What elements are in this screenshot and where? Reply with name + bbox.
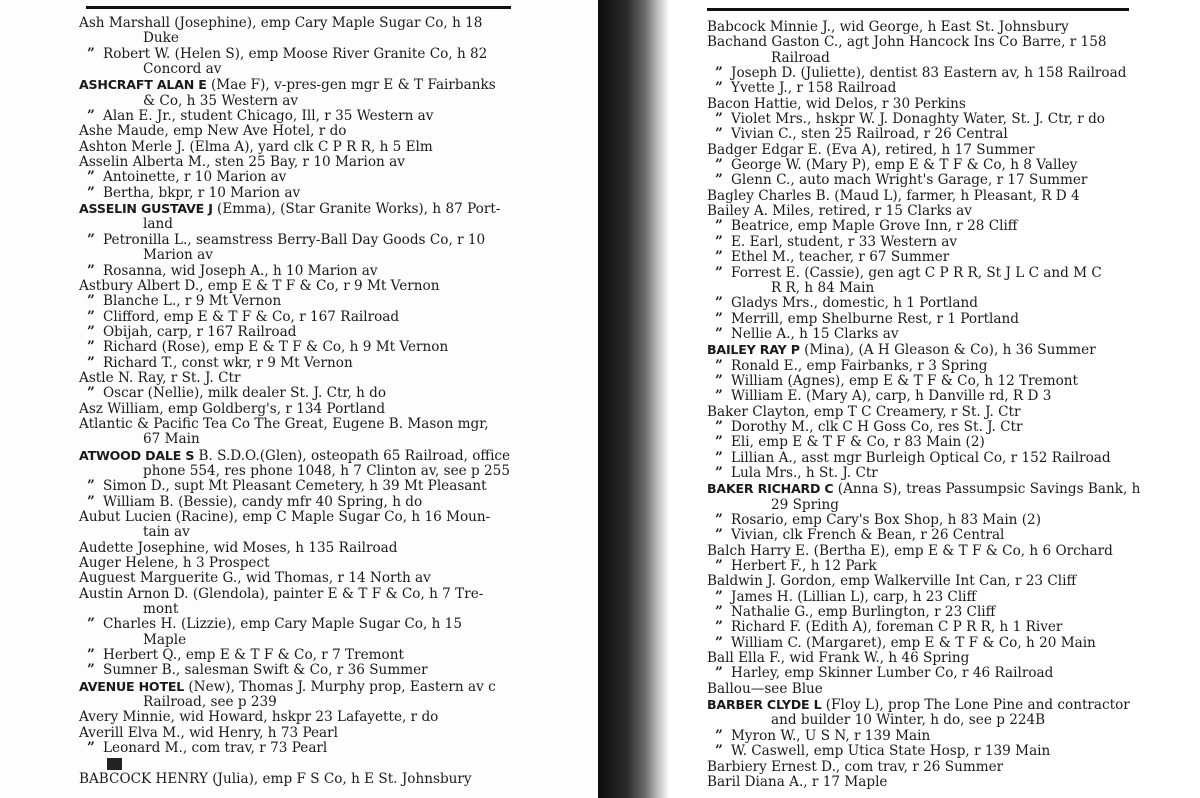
ditto-mark: ” xyxy=(715,158,731,173)
directory-entry: ”Herbert Q., emp E & T F & Co, r 7 Tremo… xyxy=(79,648,515,663)
entry-text: Auger Helene, h 3 Prospect xyxy=(79,555,270,571)
entry-text: Babcock Minnie J., wid George, h East St… xyxy=(707,19,1069,35)
directory-entry: ”Rosanna, wid Joseph A., h 10 Marion av xyxy=(79,264,515,279)
entry-text: Merrill, emp Shelburne Rest, r 1 Portlan… xyxy=(731,311,1019,327)
directory-entry: ”Ronald E., emp Fairbanks, r 3 Spring xyxy=(707,359,1135,374)
ditto-mark: ” xyxy=(715,173,731,188)
ditto-mark: ” xyxy=(715,250,731,265)
directory-entry: ”Richard (Rose), emp E & T F & Co, h 9 M… xyxy=(79,340,515,355)
entry-text: Vivian C., sten 25 Railroad, r 26 Centra… xyxy=(731,126,1008,142)
directory-entry: ”Herbert F., h 12 Park xyxy=(707,559,1135,574)
entry-text: James H. (Lillian L), carp, h 23 Cliff xyxy=(731,589,976,605)
entry-continuation: phone 554, res phone 1048, h 7 Clinton a… xyxy=(79,464,515,479)
directory-entry: ”Simon D., supt Mt Pleasant Cemetery, h … xyxy=(79,479,515,494)
directory-entry: ”Alan E. Jr., student Chicago, Ill, r 35… xyxy=(79,109,515,124)
ditto-mark: ” xyxy=(87,648,103,663)
entry-text: Badger Edgar E. (Eva A), retired, h 17 S… xyxy=(707,142,1035,158)
entry-name-bold: AVENUE HOTEL xyxy=(79,679,184,694)
ditto-mark: ” xyxy=(715,420,731,435)
entry-text: Bagley Charles B. (Maud L), farmer, h Pl… xyxy=(707,188,1080,204)
directory-entry: ”E. Earl, student, r 33 Western av xyxy=(707,235,1135,250)
directory-entry: Baker Clayton, emp T C Creamery, r St. J… xyxy=(707,405,1135,420)
directory-entry: ”Lillian A., asst mgr Burleigh Optical C… xyxy=(707,451,1135,466)
ditto-mark: ” xyxy=(715,359,731,374)
entry-name-bold: ASHCRAFT ALAN E xyxy=(79,77,207,92)
directory-entry: ”Glenn C., auto mach Wright's Garage, r … xyxy=(707,173,1135,188)
directory-entry: ”Rosario, emp Cary's Box Shop, h 83 Main… xyxy=(707,513,1135,528)
directory-entry: ”William (Agnes), emp E & T F & Co, h 12… xyxy=(707,374,1135,389)
entry-text: W. Caswell, emp Utica State Hosp, r 139 … xyxy=(731,743,1050,759)
entry-text: Atlantic & Pacific Tea Co The Great, Eug… xyxy=(79,416,489,432)
entry-name-bold: BARBER CLYDE L xyxy=(707,697,821,712)
entry-text: Rosanna, wid Joseph A., h 10 Marion av xyxy=(103,263,378,279)
entry-continuation: & Co, h 35 Western av xyxy=(79,94,515,109)
entry-name-bold: BAILEY RAY P xyxy=(707,342,800,357)
directory-entry: Barbiery Ernest D., com trav, r 26 Summe… xyxy=(707,760,1135,775)
entry-continuation: and builder 10 Winter, h do, see p 224B xyxy=(707,713,1135,728)
entry-text: Balch Harry E. (Bertha E), emp E & T F &… xyxy=(707,543,1113,559)
directory-entry: ”Clifford, emp E & T F & Co, r 167 Railr… xyxy=(79,310,515,325)
entry-text: Ashe Maude, emp New Ave Hotel, r do xyxy=(79,123,347,139)
directory-entry: Avery Minnie, wid Howard, hskpr 23 Lafay… xyxy=(79,710,515,725)
directory-entry: ”Obijah, carp, r 167 Railroad xyxy=(79,325,515,340)
directory-entry: ”Richard F. (Edith A), foreman C P R R, … xyxy=(707,620,1135,635)
entry-text: Averill Elva M., wid Henry, h 73 Pearl xyxy=(79,725,338,741)
ditto-mark: ” xyxy=(715,66,731,81)
directory-entry: ”Richard T., const wkr, r 9 Mt Vernon xyxy=(79,356,515,371)
entry-text: Leonard M., com trav, r 73 Pearl xyxy=(103,740,327,756)
ditto-mark: ” xyxy=(87,233,103,248)
entry-text: William (Agnes), emp E & T F & Co, h 12 … xyxy=(731,373,1078,389)
directory-entry: ASSELIN GUSTAVE J (Emma), (Star Granite … xyxy=(79,201,515,233)
book-gutter-shadow xyxy=(598,0,670,798)
directory-entry: Balch Harry E. (Bertha E), emp E & T F &… xyxy=(707,544,1135,559)
ditto-mark: ” xyxy=(87,386,103,401)
ditto-mark: ” xyxy=(715,451,731,466)
ditto-mark: ” xyxy=(715,729,731,744)
entry-text: Violet Mrs., hskpr W. J. Donaghty Water,… xyxy=(731,111,1105,127)
entry-text: George W. (Mary P), emp E & T F & Co, h … xyxy=(731,157,1077,173)
directory-entry: Averill Elva M., wid Henry, h 73 Pearl xyxy=(79,726,515,741)
entry-text: Richard (Rose), emp E & T F & Co, h 9 Mt… xyxy=(103,339,448,355)
directory-entry: ”Charles H. (Lizzie), emp Cary Maple Sug… xyxy=(79,617,515,648)
directory-entry: Ash Marshall (Josephine), emp Cary Maple… xyxy=(79,16,515,47)
ditto-mark: ” xyxy=(715,127,731,142)
directory-entry: Astbury Albert D., emp E & T F & Co, r 9… xyxy=(79,279,515,294)
entry-name-bold: ASSELIN GUSTAVE J xyxy=(79,201,213,216)
entry-text: Baldwin J. Gordon, emp Walkerville Int C… xyxy=(707,573,1076,589)
ditto-mark: ” xyxy=(715,620,731,635)
ditto-mark: ” xyxy=(715,219,731,234)
entry-text: Bertha, bkpr, r 10 Marion av xyxy=(103,185,300,201)
header-rule xyxy=(86,6,511,9)
ditto-mark: ” xyxy=(87,294,103,309)
entry-continuation: R R, h 84 Main xyxy=(715,281,1135,296)
directory-entry: ”Bertha, bkpr, r 10 Marion av xyxy=(79,186,515,201)
entry-text: Alan E. Jr., student Chicago, Ill, r 35 … xyxy=(103,108,433,124)
entry-continuation: 29 Spring xyxy=(707,498,1135,513)
directory-entry: ”Violet Mrs., hskpr W. J. Donaghty Water… xyxy=(707,112,1135,127)
directory-entry: ”Oscar (Nellie), milk dealer St. J. Ctr,… xyxy=(79,386,515,401)
entry-text: Sumner B., salesman Swift & Co, r 36 Sum… xyxy=(103,662,428,678)
directory-entry: ”Vivian, clk French & Bean, r 26 Central xyxy=(707,528,1135,543)
entry-text: Beatrice, emp Maple Grove Inn, r 28 Clif… xyxy=(731,218,1017,234)
entry-text: Ball Ella F., wid Frank W., h 46 Spring xyxy=(707,650,969,666)
entry-continuation: mont xyxy=(79,602,515,617)
directory-entry: ”Blanche L., r 9 Mt Vernon xyxy=(79,294,515,309)
directory-entry: ”Nellie A., h 15 Clarks av xyxy=(707,327,1135,342)
directory-entry: Bacon Hattie, wid Delos, r 30 Perkins xyxy=(707,97,1135,112)
directory-entry: ”Nathalie G., emp Burlington, r 23 Cliff xyxy=(707,605,1135,620)
directory-entry: ”Lula Mrs., h St. J. Ctr xyxy=(707,466,1135,481)
directory-entry: ”Ethel M., teacher, r 67 Summer xyxy=(707,250,1135,265)
entry-text: Austin Arnon D. (Glendola), painter E & … xyxy=(79,586,483,602)
directory-entry: BAKER RICHARD C (Anna S), treas Passumps… xyxy=(707,481,1135,513)
ditto-mark: ” xyxy=(87,47,103,62)
entry-continuation: Marion av xyxy=(87,248,515,263)
entry-continuation: Railroad xyxy=(707,51,1135,66)
directory-entry: ”Yvette J., r 158 Railroad xyxy=(707,81,1135,96)
directory-entry: BAILEY RAY P (Mina), (A H Gleason & Co),… xyxy=(707,342,1135,358)
directory-entry: ”W. Caswell, emp Utica State Hosp, r 139… xyxy=(707,744,1135,759)
ditto-mark: ” xyxy=(87,495,103,510)
directory-entry: Bachand Gaston C., agt John Hancock Ins … xyxy=(707,35,1135,66)
ditto-mark: ” xyxy=(715,513,731,528)
entry-text: Herbert F., h 12 Park xyxy=(731,558,877,574)
ditto-mark: ” xyxy=(87,109,103,124)
directory-entry: Austin Arnon D. (Glendola), painter E & … xyxy=(79,587,515,618)
entry-text: Dorothy M., clk C H Goss Co, res St. J. … xyxy=(731,419,1022,435)
entry-text: Avery Minnie, wid Howard, hskpr 23 Lafay… xyxy=(79,709,438,725)
entry-text: William B. (Bessie), candy mfr 40 Spring… xyxy=(103,494,422,510)
ditto-mark: ” xyxy=(715,559,731,574)
ditto-mark: ” xyxy=(715,466,731,481)
entry-text: (Mae F), v-pres-gen mgr E & T Fairbanks xyxy=(207,77,496,93)
directory-entry: Badger Edgar E. (Eva A), retired, h 17 S… xyxy=(707,143,1135,158)
directory-entry: ”George W. (Mary P), emp E & T F & Co, h… xyxy=(707,158,1135,173)
ink-blot xyxy=(107,758,122,770)
entry-text: Eli, emp E & T F & Co, r 83 Main (2) xyxy=(731,434,985,450)
entry-continuation: Maple xyxy=(87,633,515,648)
directory-entry: ”Beatrice, emp Maple Grove Inn, r 28 Cli… xyxy=(707,219,1135,234)
entry-continuation: tain av xyxy=(79,525,515,540)
entry-text: (Anna S), treas Passumpsic Savings Bank,… xyxy=(833,481,1140,497)
entry-text: (Mina), (A H Gleason & Co), h 36 Summer xyxy=(800,342,1096,358)
ditto-mark: ” xyxy=(87,356,103,371)
entry-text: Nellie A., h 15 Clarks av xyxy=(731,326,899,342)
entry-text: Nathalie G., emp Burlington, r 23 Cliff xyxy=(731,604,995,620)
directory-entry: Asselin Alberta M., sten 25 Bay, r 10 Ma… xyxy=(79,155,515,170)
ditto-mark: ” xyxy=(715,435,731,450)
entry-text: Richard F. (Edith A), foreman C P R R, h… xyxy=(731,619,1062,635)
entry-text: Harley, emp Skinner Lumber Co, r 46 Rail… xyxy=(731,665,1053,681)
entry-text: Antoinette, r 10 Marion av xyxy=(103,169,286,185)
entry-text: Forrest E. (Cassie), gen agt C P R R, St… xyxy=(731,265,1102,281)
ditto-mark: ” xyxy=(715,666,731,681)
entry-text: Auguest Marguerite G., wid Thomas, r 14 … xyxy=(79,570,431,586)
entry-text: (Floy L), prop The Lone Pine and contrac… xyxy=(821,697,1129,713)
directory-entry: Bagley Charles B. (Maud L), farmer, h Pl… xyxy=(707,189,1135,204)
entry-text: (New), Thomas J. Murphy prop, Eastern av… xyxy=(184,679,496,695)
entry-text: Charles H. (Lizzie), emp Cary Maple Suga… xyxy=(103,616,462,632)
ditto-mark: ” xyxy=(87,325,103,340)
entry-text: Ronald E., emp Fairbanks, r 3 Spring xyxy=(731,358,987,374)
directory-entry: Ashe Maude, emp New Ave Hotel, r do xyxy=(79,124,515,139)
entry-text: Ethel M., teacher, r 67 Summer xyxy=(731,249,949,265)
directory-entry: Auger Helene, h 3 Prospect xyxy=(79,556,515,571)
directory-entry: ”Eli, emp E & T F & Co, r 83 Main (2) xyxy=(707,435,1135,450)
entry-text: (Emma), (Star Granite Works), h 87 Port- xyxy=(213,201,501,217)
directory-entry: Audette Josephine, wid Moses, h 135 Rail… xyxy=(79,541,515,556)
directory-entry: Ashton Merle J. (Elma A), yard clk C P R… xyxy=(79,140,515,155)
directory-entry: ”James H. (Lillian L), carp, h 23 Cliff xyxy=(707,590,1135,605)
entry-text: Herbert Q., emp E & T F & Co, r 7 Tremon… xyxy=(103,647,404,663)
entry-text: Bacon Hattie, wid Delos, r 30 Perkins xyxy=(707,96,966,112)
directory-entry: ”Harley, emp Skinner Lumber Co, r 46 Rai… xyxy=(707,666,1135,681)
entry-name-bold: BAKER RICHARD C xyxy=(707,481,833,496)
entry-continuation: land xyxy=(79,217,515,232)
entry-continuation: Duke xyxy=(79,31,515,46)
directory-entry: Baldwin J. Gordon, emp Walkerville Int C… xyxy=(707,574,1135,589)
entry-text: Vivian, clk French & Bean, r 26 Central xyxy=(731,527,1004,543)
entry-text: Blanche L., r 9 Mt Vernon xyxy=(103,293,281,309)
entry-text: Joseph D. (Juliette), dentist 83 Eastern… xyxy=(731,65,1126,81)
entry-name-bold: ATWOOD DALE S xyxy=(79,448,194,463)
directory-entry: Atlantic & Pacific Tea Co The Great, Eug… xyxy=(79,417,515,448)
entry-text: Lillian A., asst mgr Burleigh Optical Co… xyxy=(731,450,1111,466)
entry-text: B. S.D.O.(Glen), osteopath 65 Railroad, … xyxy=(194,448,510,464)
ditto-mark: ” xyxy=(715,296,731,311)
directory-entry: AVENUE HOTEL (New), Thomas J. Murphy pro… xyxy=(79,679,515,711)
entry-continuation: Railroad, see p 239 xyxy=(79,695,515,710)
entry-text: Petronilla L., seamstress Berry-Ball Day… xyxy=(103,232,485,248)
ditto-mark: ” xyxy=(87,170,103,185)
directory-entry: Babcock Minnie J., wid George, h East St… xyxy=(707,20,1135,35)
directory-entry: ”Merrill, emp Shelburne Rest, r 1 Portla… xyxy=(707,312,1135,327)
directory-entry: ”Antoinette, r 10 Marion av xyxy=(79,170,515,185)
ditto-mark: ” xyxy=(715,327,731,342)
entry-text: Oscar (Nellie), milk dealer St. J. Ctr, … xyxy=(103,385,386,401)
ditto-mark: ” xyxy=(87,617,103,632)
entry-text: Simon D., supt Mt Pleasant Cemetery, h 3… xyxy=(103,478,487,494)
entry-text: Lula Mrs., h St. J. Ctr xyxy=(731,465,878,481)
left-column: Ash Marshall (Josephine), emp Cary Maple… xyxy=(79,16,515,787)
entry-text: Myron W., U S N, r 139 Main xyxy=(731,728,930,744)
directory-entry: Auguest Marguerite G., wid Thomas, r 14 … xyxy=(79,571,515,586)
right-column: Babcock Minnie J., wid George, h East St… xyxy=(707,20,1135,790)
entry-text: Aubut Lucien (Racine), emp C Maple Sugar… xyxy=(79,509,490,525)
entry-text: Baril Diana A., r 17 Maple xyxy=(707,774,887,790)
ditto-mark: ” xyxy=(87,310,103,325)
entry-text: Gladys Mrs., domestic, h 1 Portland xyxy=(731,295,978,311)
entry-text: Glenn C., auto mach Wright's Garage, r 1… xyxy=(731,172,1087,188)
directory-entry: Aubut Lucien (Racine), emp C Maple Sugar… xyxy=(79,510,515,541)
ditto-mark: ” xyxy=(87,264,103,279)
directory-entry: ATWOOD DALE S B. S.D.O.(Glen), osteopath… xyxy=(79,448,515,480)
directory-entry: ”Vivian C., sten 25 Railroad, r 26 Centr… xyxy=(707,127,1135,142)
ditto-mark: ” xyxy=(715,744,731,759)
ditto-mark: ” xyxy=(715,374,731,389)
ditto-mark: ” xyxy=(87,479,103,494)
left-page: Ash Marshall (Josephine), emp Cary Maple… xyxy=(0,0,598,798)
ditto-mark: ” xyxy=(715,389,731,404)
directory-entry: Astle N. Ray, r St. J. Ctr xyxy=(79,371,515,386)
ditto-mark: ” xyxy=(715,605,731,620)
entry-text: Yvette J., r 158 Railroad xyxy=(731,80,896,96)
directory-entry: ”Myron W., U S N, r 139 Main xyxy=(707,729,1135,744)
directory-entry: ”William C. (Margaret), emp E & T F & Co… xyxy=(707,636,1135,651)
ink-blot-row xyxy=(79,757,515,772)
ditto-mark: ” xyxy=(715,312,731,327)
directory-entry: ”Forrest E. (Cassie), gen agt C P R R, S… xyxy=(707,266,1135,297)
ditto-mark: ” xyxy=(87,741,103,756)
directory-entry: ”Gladys Mrs., domestic, h 1 Portland xyxy=(707,296,1135,311)
directory-entry: Baril Diana A., r 17 Maple xyxy=(707,775,1135,790)
entry-text: Astbury Albert D., emp E & T F & Co, r 9… xyxy=(79,278,440,294)
directory-entry: ”Robert W. (Helen S), emp Moose River Gr… xyxy=(79,47,515,78)
entry-text: Bachand Gaston C., agt John Hancock Ins … xyxy=(707,34,1107,50)
entry-text: Clifford, emp E & T F & Co, r 167 Railro… xyxy=(103,309,399,325)
entry-text: Barbiery Ernest D., com trav, r 26 Summe… xyxy=(707,759,1003,775)
directory-entry: ”Dorothy M., clk C H Goss Co, res St. J.… xyxy=(707,420,1135,435)
entry-text: Baker Clayton, emp T C Creamery, r St. J… xyxy=(707,404,1020,420)
directory-entry: ”Leonard M., com trav, r 73 Pearl xyxy=(79,741,515,756)
directory-entry: Bailey A. Miles, retired, r 15 Clarks av xyxy=(707,204,1135,219)
entry-text: Asz William, emp Goldberg's, r 134 Portl… xyxy=(79,401,385,417)
ditto-mark: ” xyxy=(87,663,103,678)
entry-continuation: 67 Main xyxy=(79,432,515,447)
directory-entry: ”William B. (Bessie), candy mfr 40 Sprin… xyxy=(79,495,515,510)
directory-entry: ”William E. (Mary A), carp, h Danville r… xyxy=(707,389,1135,404)
entry-text: Robert W. (Helen S), emp Moose River Gra… xyxy=(103,46,487,62)
directory-entry: BARBER CLYDE L (Floy L), prop The Lone P… xyxy=(707,697,1135,729)
entry-text: Bailey A. Miles, retired, r 15 Clarks av xyxy=(707,203,972,219)
ditto-mark: ” xyxy=(87,340,103,355)
entry-text: Richard T., const wkr, r 9 Mt Vernon xyxy=(103,355,353,371)
ditto-mark: ” xyxy=(715,590,731,605)
directory-entry: ”Petronilla L., seamstress Berry-Ball Da… xyxy=(79,233,515,264)
entry-continuation: Concord av xyxy=(87,62,515,77)
directory-entry: Ballou—see Blue xyxy=(707,682,1135,697)
entry-text: Rosario, emp Cary's Box Shop, h 83 Main … xyxy=(731,512,1041,528)
directory-entry: ”Joseph D. (Juliette), dentist 83 Easter… xyxy=(707,66,1135,81)
ditto-mark: ” xyxy=(715,112,731,127)
ditto-mark: ” xyxy=(715,266,731,281)
directory-entry: Ball Ella F., wid Frank W., h 46 Spring xyxy=(707,651,1135,666)
entry-text: Ballou—see Blue xyxy=(707,681,823,697)
entry-text: E. Earl, student, r 33 Western av xyxy=(731,234,957,250)
ditto-mark: ” xyxy=(715,235,731,250)
header-rule xyxy=(707,8,1129,11)
ditto-mark: ” xyxy=(715,528,731,543)
ditto-mark: ” xyxy=(87,186,103,201)
directory-entry: Asz William, emp Goldberg's, r 134 Portl… xyxy=(79,402,515,417)
entry-text: Astle N. Ray, r St. J. Ctr xyxy=(79,370,240,386)
entry-text: Ash Marshall (Josephine), emp Cary Maple… xyxy=(79,15,482,31)
ditto-mark: ” xyxy=(715,81,731,96)
entry-text: Audette Josephine, wid Moses, h 135 Rail… xyxy=(79,540,397,556)
directory-entry: ”Sumner B., salesman Swift & Co, r 36 Su… xyxy=(79,663,515,678)
entry-text: William C. (Margaret), emp E & T F & Co,… xyxy=(731,635,1096,651)
entry-text: William E. (Mary A), carp, h Danville rd… xyxy=(731,388,1051,404)
ditto-mark: ” xyxy=(715,636,731,651)
entry-text: Ashton Merle J. (Elma A), yard clk C P R… xyxy=(79,139,433,155)
entry-text: Obijah, carp, r 167 Railroad xyxy=(103,324,296,340)
directory-entry: ASHCRAFT ALAN E (Mae F), v-pres-gen mgr … xyxy=(79,77,515,109)
entry-text: Asselin Alberta M., sten 25 Bay, r 10 Ma… xyxy=(79,154,405,170)
directory-entry: BABCOCK HENRY (Julia), emp F S Co, h E S… xyxy=(79,772,515,787)
